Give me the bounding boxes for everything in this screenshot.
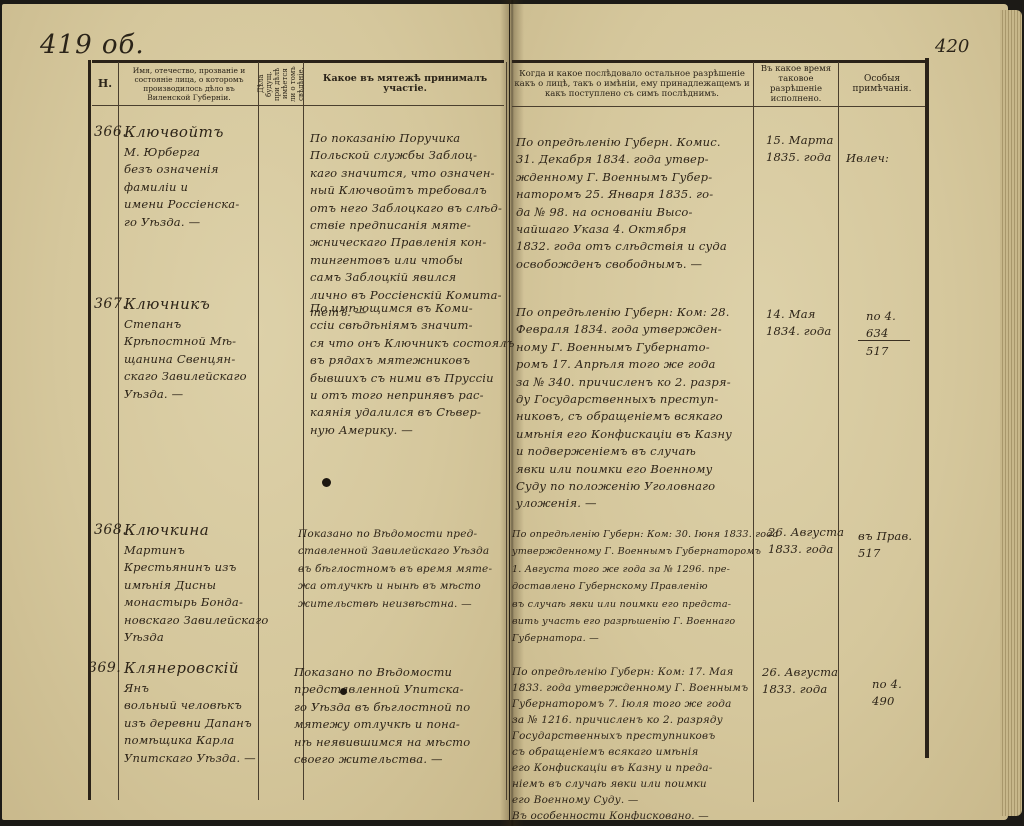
col-divider-resolution: [753, 62, 754, 802]
page-edges: [1000, 10, 1022, 816]
entry-366-number: 366.: [94, 124, 127, 141]
entry-367-participation: По имѣющимся въ Коми- ссіи свѣдѣніямъ зн…: [310, 300, 515, 439]
header-executed: Въ какое время таковое разрѣшеніе исполн…: [755, 64, 837, 104]
entry-369-number: 369.: [88, 660, 121, 677]
entry-366-surname: Ключвойтъ: [124, 122, 224, 142]
entry-366-resolution: По опредѣленію Губерн. Комис. 31. Декабр…: [516, 134, 727, 273]
entry-366-executed: 15. Марта 1835. года: [766, 132, 834, 167]
header-bottom-rule-left: [92, 105, 504, 106]
entry-366-participation: По показанію Поручика Польской службы За…: [310, 130, 502, 321]
outer-border-left: [88, 60, 91, 800]
header-top-rule-left: [92, 60, 504, 63]
entry-367-resolution: По опредѣленію Губерн: Ком: 28. Февраля …: [516, 304, 732, 513]
folio-number-right: 420: [935, 36, 969, 57]
entry-368-resolution: По опредѣленію Губерн: Ком: 30. Іюня 183…: [512, 526, 778, 648]
entry-366-notes: Ивлеч:: [846, 150, 889, 167]
ink-blot: [322, 478, 331, 487]
header-notes: Особыя примѣчанія.: [840, 64, 924, 104]
header-top-rule-right: [512, 60, 928, 63]
col-divider-name: [258, 62, 259, 800]
outer-border-right: [925, 58, 929, 758]
entry-367-surname: Ключникъ: [124, 294, 210, 314]
entry-366-name-details: М. Юрберга безъ означенія фамиліи и имен…: [124, 144, 239, 231]
entry-369-surname: Клянеровскій: [124, 658, 239, 678]
entry-367-notes-fraction: [858, 340, 910, 341]
entry-368-notes: въ Прав. 517: [858, 528, 912, 563]
header-resolution: Когда и какое послѣдовало остальное разр…: [512, 64, 752, 104]
entry-368-name-details: Мартинъ Крестьянинъ изъ имѣнія Дисны мон…: [124, 542, 269, 646]
header-property: Дѣла будущ. при дѣлѣ имѣется ли о томъ с…: [260, 64, 302, 104]
entry-369-executed: 26. Августа 1833. года: [762, 664, 838, 699]
entry-369-notes: по 4. 490: [872, 676, 902, 711]
entry-368-executed: 26. Августа 1833. года: [768, 524, 844, 559]
entry-368-surname: Ключкина: [124, 520, 209, 540]
header-participation: Какое въ мятежѣ принималъ участіе.: [306, 64, 504, 104]
header-name: Имя, отечество, прозваніе и состояніе ли…: [121, 64, 257, 104]
header-bottom-rule-right: [512, 106, 926, 107]
entry-367-name-details: Степанъ Крѣпостной Мѣ- щанина Свенцян- с…: [124, 316, 247, 403]
entry-367-executed: 14. Мая 1834. года: [766, 306, 831, 341]
entry-368-participation: Показано по Вѣдомости пред- ставленной З…: [298, 526, 492, 613]
entry-369-participation: Показано по Вѣдомости представленной Упи…: [294, 664, 470, 768]
header-number: Н.: [92, 64, 118, 104]
col-divider-number: [118, 62, 119, 800]
open-register-book: 419 об. 420 Н. Имя, отечество, прозваніе…: [0, 0, 1024, 826]
entry-369-name-details: Янъ вольный человѣкъ изъ деревни Дапанъ …: [124, 680, 256, 767]
entry-368-number: 368.: [94, 522, 127, 539]
entry-367-number: 367.: [94, 296, 127, 313]
folio-number-left: 419 об.: [40, 30, 145, 60]
ink-blot-2: [340, 688, 347, 695]
entry-369-resolution: По опредѣленію Губерн: Ком: 17. Мая 1833…: [512, 664, 748, 824]
entry-367-notes: по 4. 634 517: [866, 308, 896, 360]
